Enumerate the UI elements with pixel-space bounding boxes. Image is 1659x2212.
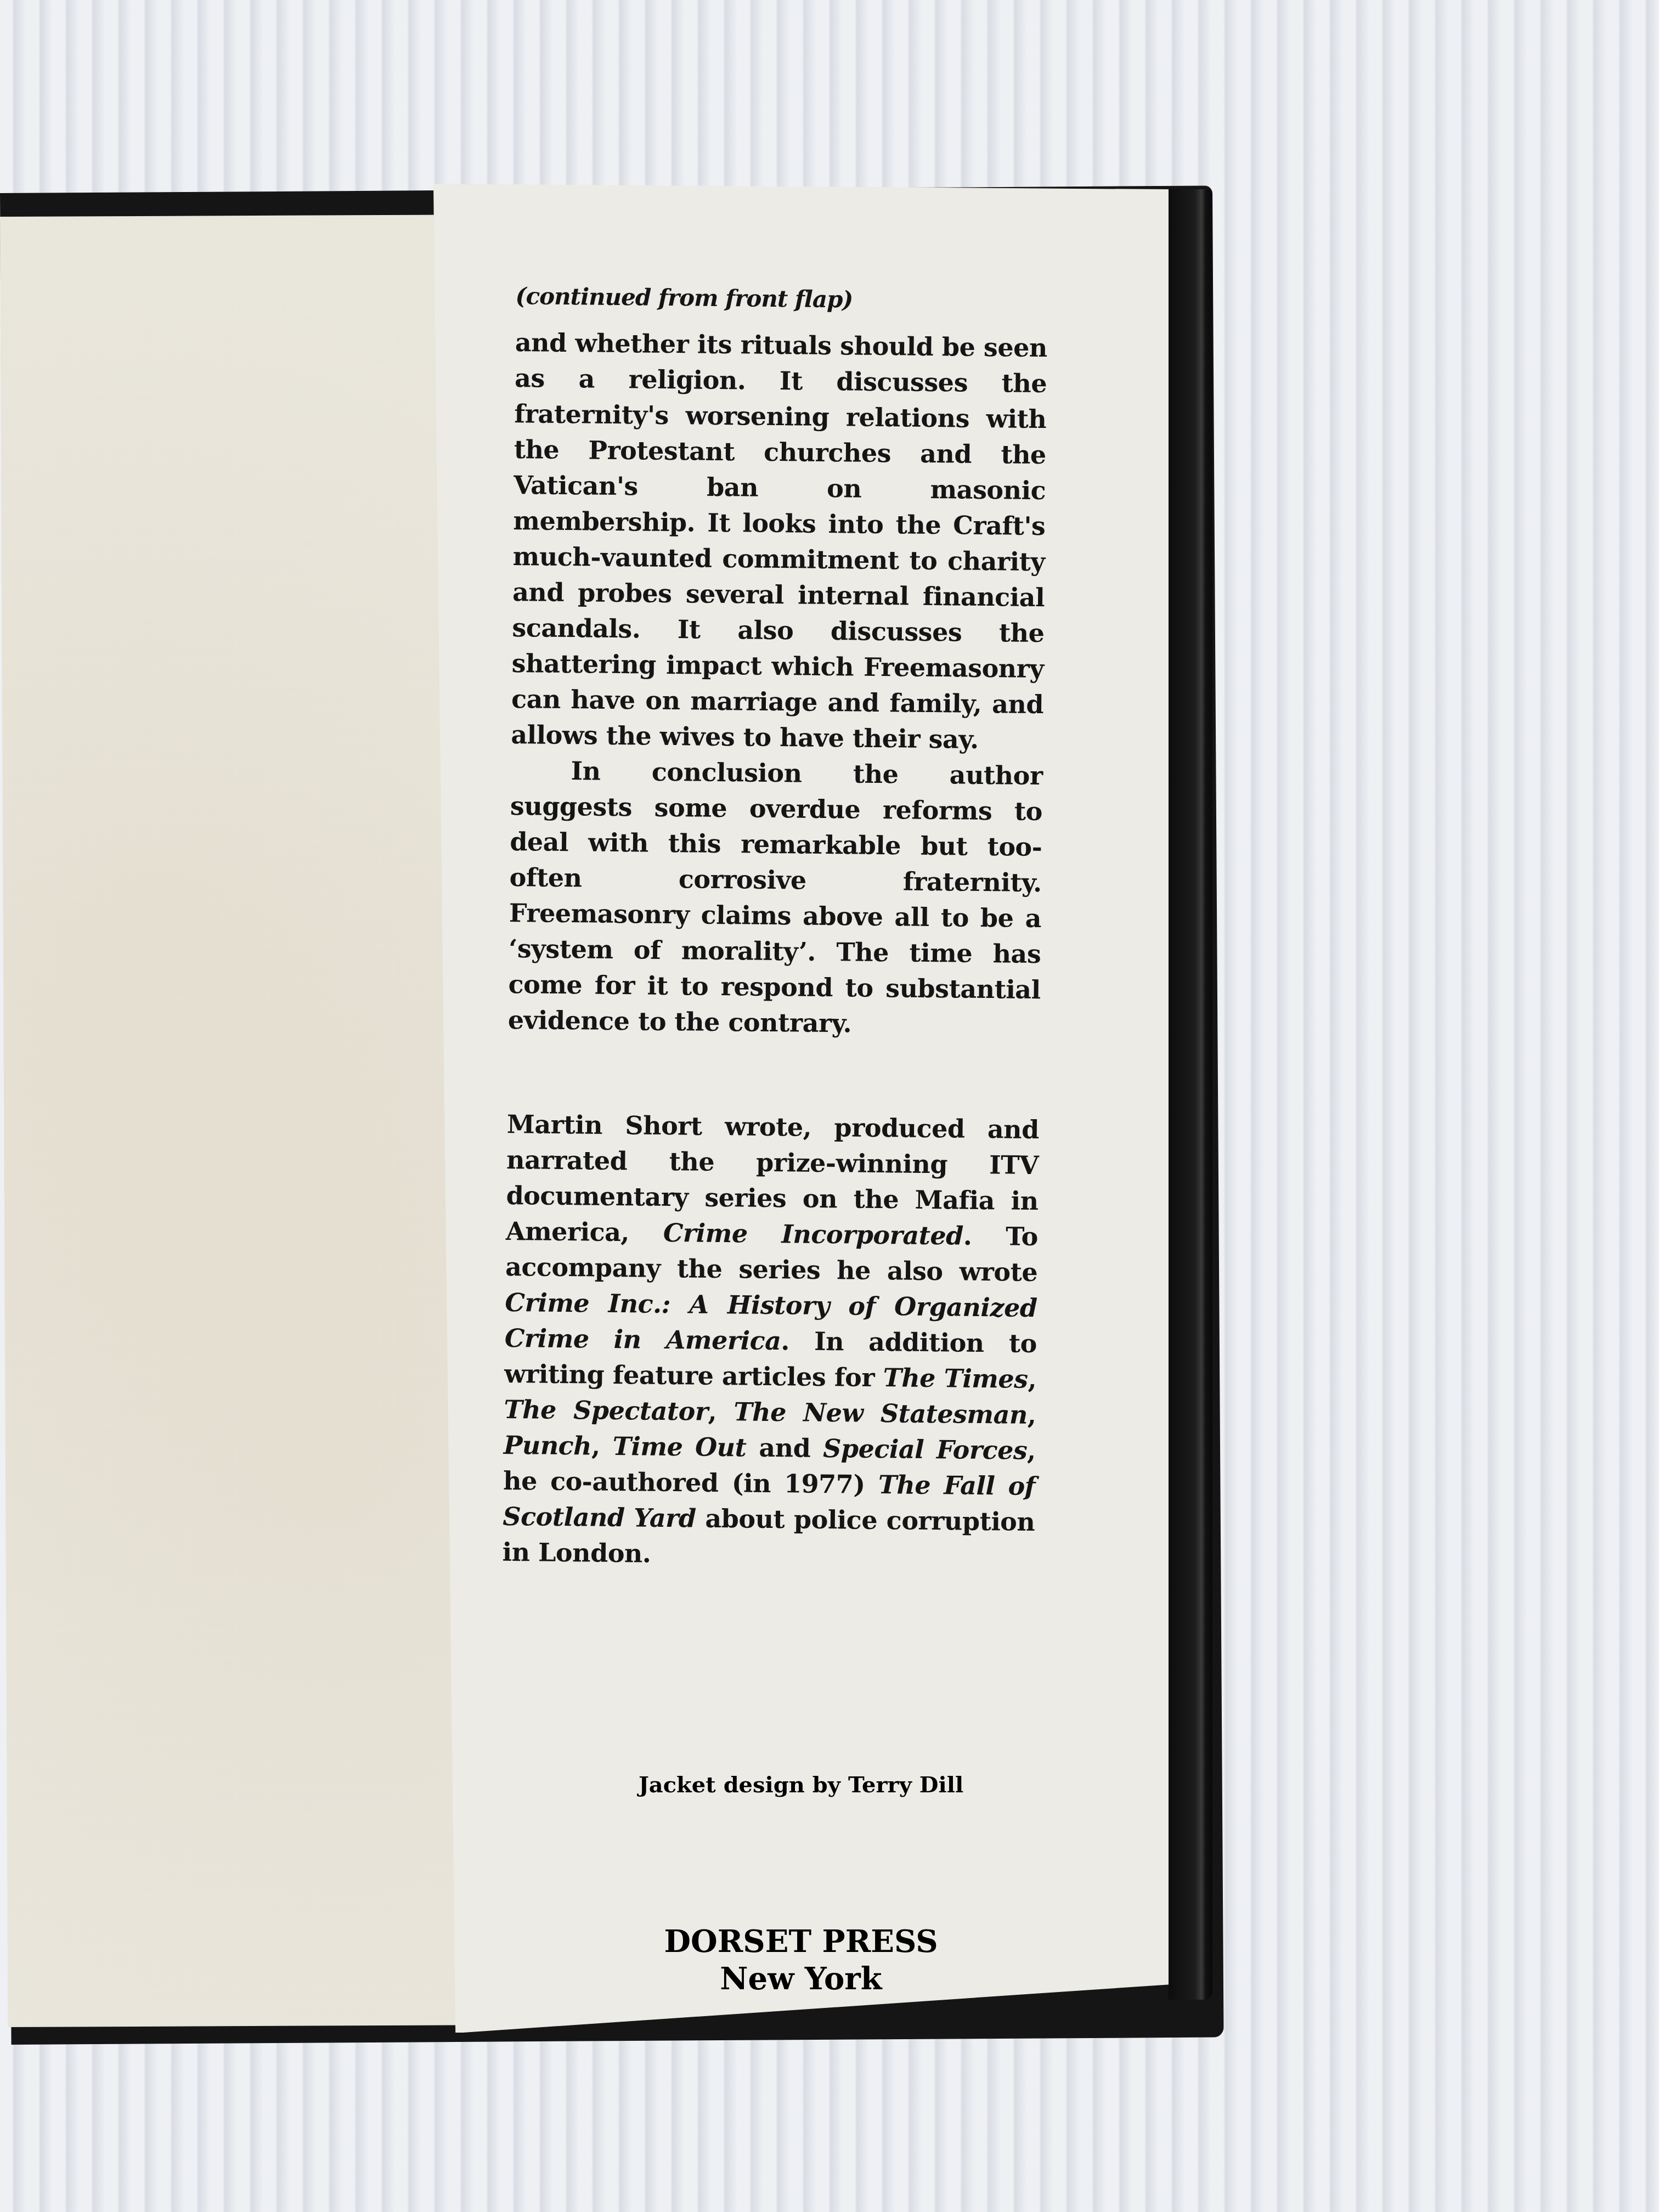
- jacket-flap: (continued from front flap) and whether …: [433, 184, 1169, 2033]
- italic-title: Special Forces: [823, 1434, 1028, 1465]
- bio-text: ,: [708, 1397, 733, 1426]
- synopsis-paragraph-2: In conclusion the author suggests some o…: [508, 753, 1043, 1043]
- jacket-design-credit: Jacket design by Terry Dill: [433, 1772, 1169, 1798]
- italic-title: Time Out: [612, 1431, 746, 1463]
- cover-edge: [1169, 189, 1212, 2000]
- italic-title: The New Statesman: [733, 1397, 1028, 1430]
- italic-title: The Spectator: [504, 1395, 708, 1426]
- bio-text: and: [746, 1433, 823, 1463]
- synopsis-paragraph-1: and whether its rituals should be seen a…: [511, 325, 1047, 758]
- italic-title: Punch: [504, 1430, 592, 1461]
- publisher-name: DORSET PRESS: [433, 1923, 1169, 1960]
- italic-title: The Times: [883, 1363, 1028, 1394]
- italic-title: Crime Incorporated: [663, 1218, 964, 1251]
- bio-text: ,: [591, 1431, 613, 1461]
- bio-text: ,: [1028, 1364, 1036, 1394]
- publisher-city: New York: [433, 1960, 1169, 1997]
- bio-text: ,: [1028, 1400, 1036, 1430]
- publisher-imprint: DORSET PRESS New York: [433, 1923, 1169, 1997]
- flap-text-block: (continued from front flap) and whether …: [502, 283, 1048, 1576]
- endpaper-page: [0, 215, 474, 2027]
- continued-note: (continued from front flap): [515, 283, 1047, 315]
- author-bio: Martin Short wrote, produced and narrate…: [502, 1107, 1039, 1576]
